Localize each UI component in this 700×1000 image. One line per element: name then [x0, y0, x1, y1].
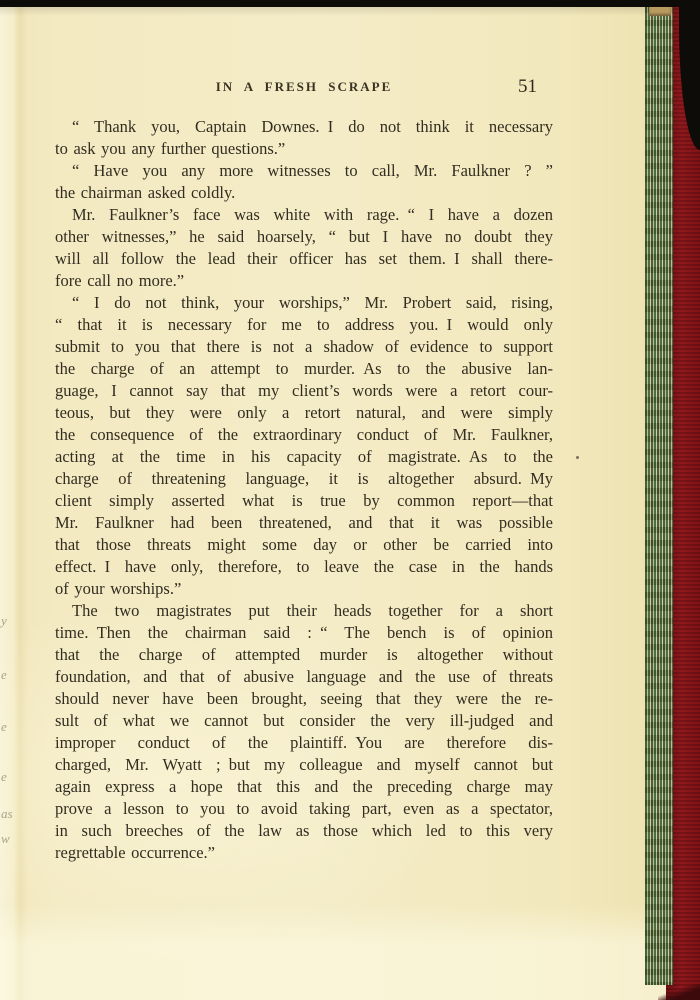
text-line: of your worships.”	[55, 578, 553, 600]
showthrough-glyph: w	[1, 831, 10, 847]
text-line: the charge of an attempt to murder. As t…	[55, 358, 553, 380]
text-line: charge of threatening language, it is al…	[55, 468, 553, 490]
text-line: the chairman asked coldly.	[55, 182, 553, 204]
text-line: teous, but they were only a retort natur…	[55, 402, 553, 424]
page-number: 51	[518, 76, 537, 98]
text-line: that the charge of attempted murder is a…	[55, 644, 553, 666]
book-scan: IN A FRESH SCRAPE 51 “ Thank you, Captai…	[0, 0, 700, 1000]
showthrough-glyph: y	[1, 613, 7, 629]
headband	[649, 6, 671, 16]
paragraph: Mr. Faulkner’s face was white with rage.…	[55, 204, 553, 292]
ink-speck	[576, 456, 579, 459]
text-line: regrettable occurrence.”	[55, 842, 553, 864]
text-line: “ Have you any more witnesses to call, M…	[55, 160, 553, 182]
backdrop-top-strip	[0, 0, 700, 7]
text-line: Mr. Faulkner’s face was white with rage.…	[55, 204, 553, 226]
running-header: IN A FRESH SCRAPE	[55, 79, 553, 95]
page-header: IN A FRESH SCRAPE 51	[55, 79, 553, 101]
text-line: again express a hope that this and the p…	[55, 776, 553, 798]
text-line: time. Then the chairman said : “ The ben…	[55, 622, 553, 644]
showthrough-glyph: e	[1, 667, 7, 683]
text-line: “ I do not think, your worships,” Mr. Pr…	[55, 292, 553, 314]
paragraph: “ Thank you, Captain Downes. I do not th…	[55, 116, 553, 160]
paragraph: The two magistrates put their heads toge…	[55, 600, 553, 864]
text-line: prove a lesson to you to avoid taking pa…	[55, 798, 553, 820]
text-line: will all follow the lead their officer h…	[55, 248, 553, 270]
backdrop-bottom-right-corner	[658, 984, 700, 1000]
showthrough-glyph: as	[1, 806, 13, 822]
text-line: guage, I cannot say that my client’s wor…	[55, 380, 553, 402]
text-block: “ Thank you, Captain Downes. I do not th…	[55, 116, 553, 864]
showthrough-glyph: e	[1, 719, 7, 735]
text-line: fore call no more.”	[55, 270, 553, 292]
text-line: acting at the time in his capacity of ma…	[55, 446, 553, 468]
text-line: submit to you that there is not a shadow…	[55, 336, 553, 358]
text-line: that those threats might some day or oth…	[55, 534, 553, 556]
text-line: client simply asserted what is true by c…	[55, 490, 553, 512]
text-line: improper conduct of the plaintiff. You a…	[55, 732, 553, 754]
text-line: sult of what we cannot but consider the …	[55, 710, 553, 732]
paragraph: “ I do not think, your worships,” Mr. Pr…	[55, 292, 553, 600]
text-line: Mr. Faulkner had been threatened, and th…	[55, 512, 553, 534]
text-line: The two magistrates put their heads toge…	[55, 600, 553, 622]
text-line: other witnesses,” he said hoarsely, “ bu…	[55, 226, 553, 248]
paragraph: “ Have you any more witnesses to call, M…	[55, 160, 553, 204]
text-line: the consequence of the extraordinary con…	[55, 424, 553, 446]
text-line: “ Thank you, Captain Downes. I do not th…	[55, 116, 553, 138]
text-line: “ that it is necessary for me to address…	[55, 314, 553, 336]
text-line: should never have been brought, seeing t…	[55, 688, 553, 710]
text-line: in such breeches of the law as those whi…	[55, 820, 553, 842]
text-line: charged, Mr. Wyatt ; but my colleague an…	[55, 754, 553, 776]
text-line: foundation, and that of abusive language…	[55, 666, 553, 688]
showthrough-glyph: e	[1, 769, 7, 785]
book-page: IN A FRESH SCRAPE 51 “ Thank you, Captai…	[0, 0, 700, 1000]
page-edges-green	[645, 7, 673, 985]
text-line: to ask you any further questions.”	[55, 138, 553, 160]
text-line: effect. I have only, therefore, to leave…	[55, 556, 553, 578]
